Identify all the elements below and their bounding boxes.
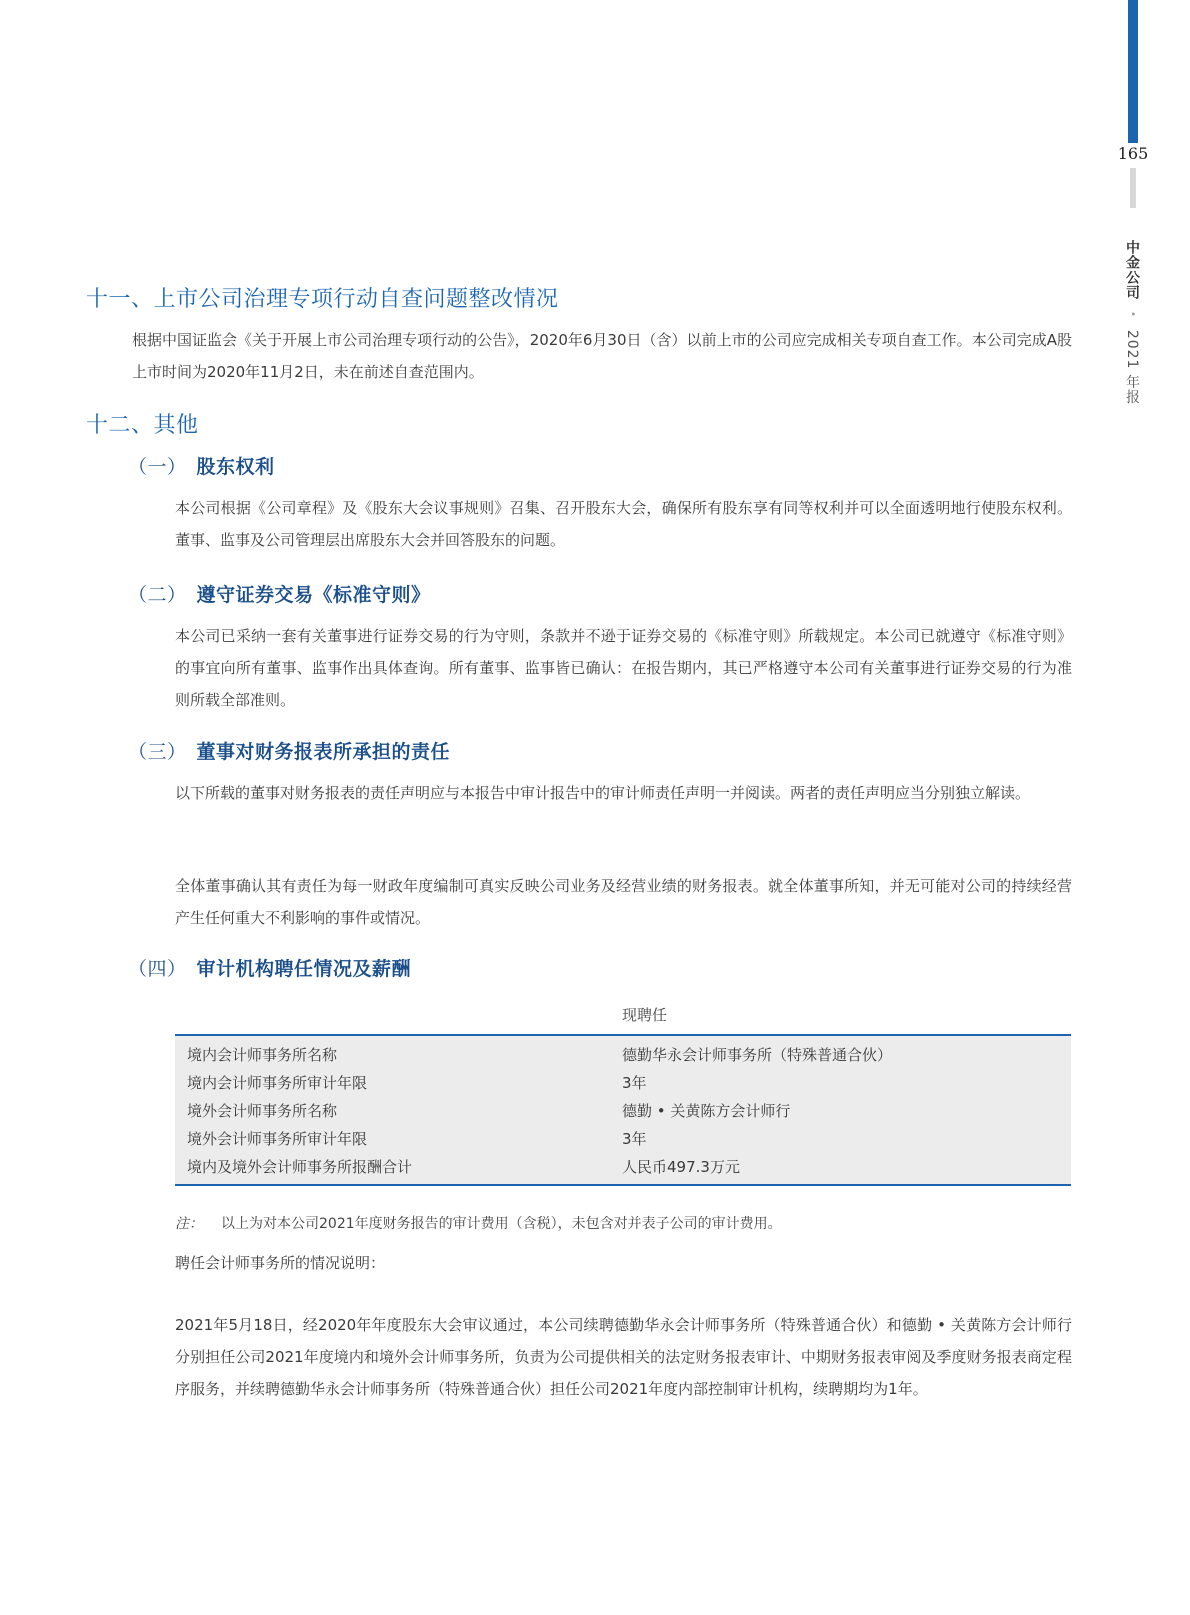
sub1-number: （一）	[128, 456, 187, 478]
explain-body: 2021年5月18日，经2020年年度股东大会审议通过，本公司续聘德勤华永会计师…	[175, 1309, 1072, 1405]
brand-name: 中金公司	[1124, 240, 1140, 300]
sidebar-accent-bar	[1128, 0, 1138, 143]
running-header: 中金公司 • 2021 年报	[1122, 240, 1142, 405]
sub3-number: （三）	[128, 741, 187, 763]
note-text: 以上为对本公司2021年度财务报告的审计费用（含税），未包含对并表子公司的审计费…	[221, 1216, 782, 1232]
auditor-table: 境内会计师事务所名称 德勤华永会计师事务所（特殊普通合伙） 境内会计师事务所审计…	[175, 1034, 1071, 1186]
row-value: 德勤华永会计师事务所（特殊普通合伙）	[622, 1044, 1071, 1065]
table-column-header: 现聘任	[622, 1004, 667, 1025]
table-row: 境内会计师事务所名称 德勤华永会计师事务所（特殊普通合伙）	[175, 1040, 1071, 1068]
report-year: 2021 年报	[1124, 330, 1140, 405]
table-row: 境外会计师事务所审计年限 3年	[175, 1124, 1071, 1152]
sub2-number: （二）	[128, 584, 187, 606]
sub4-heading: （四）审计机构聘任情况及薪酬	[128, 954, 411, 981]
row-label: 境内会计师事务所名称	[175, 1044, 622, 1065]
sub3-body-2: 全体董事确认其有责任为每一财政年度编制可真实反映公司业务及经营业绩的财务报表。就…	[175, 870, 1072, 934]
row-value: 人民币497.3万元	[622, 1156, 1071, 1177]
sub3-body-1: 以下所载的董事对财务报表的责任声明应与本报告中审计报告中的审计师责任声明一并阅读…	[175, 777, 1072, 809]
table-row: 境外会计师事务所名称 德勤 • 关黄陈方会计师行	[175, 1096, 1071, 1124]
row-value: 3年	[622, 1072, 1071, 1093]
section-11-heading: 十一、上市公司治理专项行动自查问题整改情况	[86, 282, 559, 313]
sub4-title: 审计机构聘任情况及薪酬	[197, 958, 412, 980]
sub3-heading: （三）董事对财务报表所承担的责任	[128, 737, 450, 764]
sub2-body: 本公司已采纳一套有关董事进行证券交易的行为守则，条款并不逊于证券交易的《标准守则…	[175, 620, 1072, 716]
sub2-heading: （二）遵守证券交易《标准守则》	[128, 580, 431, 607]
sub2-title: 遵守证券交易《标准守则》	[197, 584, 431, 606]
sidebar-divider	[1130, 168, 1136, 208]
sub1-heading: （一）股东权利	[128, 452, 275, 479]
sub1-body: 本公司根据《公司章程》及《股东大会议事规则》召集、召开股东大会，确保所有股东享有…	[175, 492, 1072, 556]
sub1-title: 股东权利	[197, 456, 275, 478]
note-label: 注：	[175, 1216, 203, 1232]
table-note: 注：以上为对本公司2021年度财务报告的审计费用（含税），未包含对并表子公司的审…	[175, 1213, 782, 1233]
row-value: 德勤 • 关黄陈方会计师行	[622, 1100, 1071, 1121]
table-row: 境内及境外会计师事务所报酬合计 人民币497.3万元	[175, 1152, 1071, 1180]
page-number: 165	[1111, 144, 1155, 163]
explain-heading: 聘任会计师事务所的情况说明：	[175, 1247, 1072, 1279]
sub3-title: 董事对财务报表所承担的责任	[197, 741, 451, 763]
section-11-body: 根据中国证监会《关于开展上市公司治理专项行动的公告》，2020年6月30日（含）…	[132, 324, 1072, 388]
row-value: 3年	[622, 1128, 1071, 1149]
sub4-number: （四）	[128, 958, 187, 980]
section-12-heading: 十二、其他	[86, 408, 199, 439]
row-label: 境内会计师事务所审计年限	[175, 1072, 622, 1093]
table-row: 境内会计师事务所审计年限 3年	[175, 1068, 1071, 1096]
row-label: 境内及境外会计师事务所报酬合计	[175, 1156, 622, 1177]
row-label: 境外会计师事务所审计年限	[175, 1128, 622, 1149]
separator-dot: •	[1127, 311, 1138, 318]
row-label: 境外会计师事务所名称	[175, 1100, 622, 1121]
